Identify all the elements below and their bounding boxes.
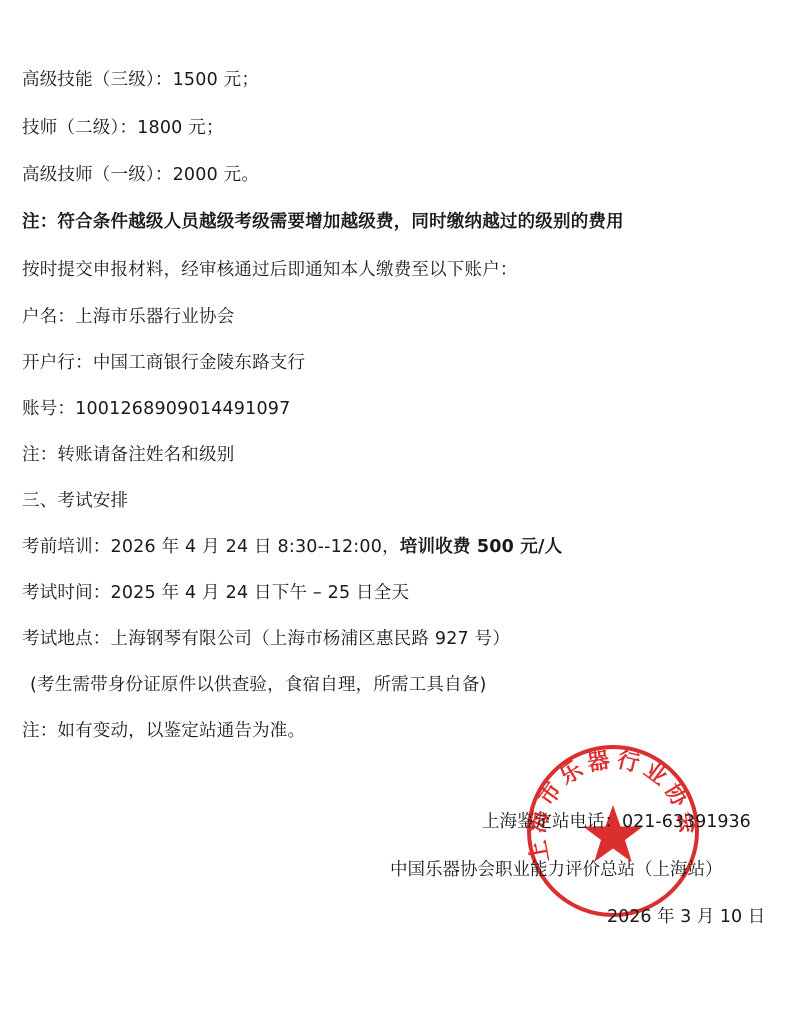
exam-time-value: 2025 年 4 月 24 日下午 – 25 日全天 bbox=[111, 583, 410, 603]
training-fee: 培训收费 500 元/人 bbox=[400, 537, 563, 557]
fee-sep: ： bbox=[155, 70, 173, 90]
fee-amount: 2000 元。 bbox=[173, 165, 260, 185]
account-number-label: 账号： bbox=[22, 399, 75, 419]
exam-location-line: 考试地点：上海钢琴有限公司（上海市杨浦区惠民路 927 号） bbox=[22, 627, 510, 651]
fee-note: 注：符合条件越级人员越级考级需要增加越级费，同时缴纳越过的级别的费用 bbox=[22, 210, 624, 234]
fee-amount: 1800 元； bbox=[137, 118, 224, 138]
fee-level: 技师（二级） bbox=[22, 118, 119, 138]
account-number-value: 1001268909014491097 bbox=[75, 399, 290, 419]
account-name-value: 上海市乐器行业协会 bbox=[75, 307, 234, 327]
training-value: 2026 年 4 月 24 日 8:30--12:00， bbox=[111, 537, 400, 557]
section3-heading: 三、考试安排 bbox=[22, 489, 128, 513]
organization-line: 中国乐器协会职业能力评价总站（上海站） bbox=[390, 858, 723, 882]
account-number-line: 账号：1001268909014491097 bbox=[22, 397, 290, 421]
fee-sep: ： bbox=[155, 165, 173, 185]
exam-location-label: 考试地点： bbox=[22, 629, 111, 649]
phone-line: 上海鉴定站电话：021-63391936 bbox=[482, 810, 751, 834]
fee-line-level3: 高级技能（三级）：1500 元； bbox=[22, 68, 259, 92]
exam-time-line: 考试时间：2025 年 4 月 24 日下午 – 25 日全天 bbox=[22, 581, 409, 605]
date-line: 2026 年 3 月 10 日 bbox=[607, 905, 765, 929]
account-bank-value: 中国工商银行金陵东路支行 bbox=[93, 353, 305, 373]
fee-level: 高级技师（一级） bbox=[22, 165, 155, 185]
fee-line-level2: 技师（二级）：1800 元； bbox=[22, 116, 224, 140]
change-note: 注：如有变动，以鉴定站通告为准。 bbox=[22, 719, 305, 743]
fee-level: 高级技能（三级） bbox=[22, 70, 155, 90]
exam-time-label: 考试时间： bbox=[22, 583, 111, 603]
account-name-label: 户名： bbox=[22, 307, 75, 327]
account-name-line: 户名：上海市乐器行业协会 bbox=[22, 305, 234, 329]
fee-amount: 1500 元； bbox=[173, 70, 260, 90]
account-bank-label: 开户行： bbox=[22, 353, 93, 373]
training-label: 考前培训： bbox=[22, 537, 111, 557]
fee-sep: ： bbox=[119, 118, 137, 138]
account-bank-line: 开户行：中国工商银行金陵东路支行 bbox=[22, 351, 305, 375]
document-page: 高级技能（三级）：1500 元； 技师（二级）：1800 元； 高级技师（一级）… bbox=[0, 0, 810, 1033]
exam-requirements: (考生需带身份证原件以供查验，食宿自理，所需工具自备) bbox=[30, 673, 487, 697]
account-note: 注：转账请备注姓名和级别 bbox=[22, 443, 234, 467]
exam-location-value: 上海钢琴有限公司（上海市杨浦区惠民路 927 号） bbox=[111, 629, 511, 649]
training-line: 考前培训：2026 年 4 月 24 日 8:30--12:00，培训收费 50… bbox=[22, 535, 562, 559]
fee-line-level1: 高级技师（一级）：2000 元。 bbox=[22, 163, 259, 187]
payment-instruction: 按时提交申报材料，经审核通过后即通知本人缴费至以下账户： bbox=[22, 258, 518, 282]
